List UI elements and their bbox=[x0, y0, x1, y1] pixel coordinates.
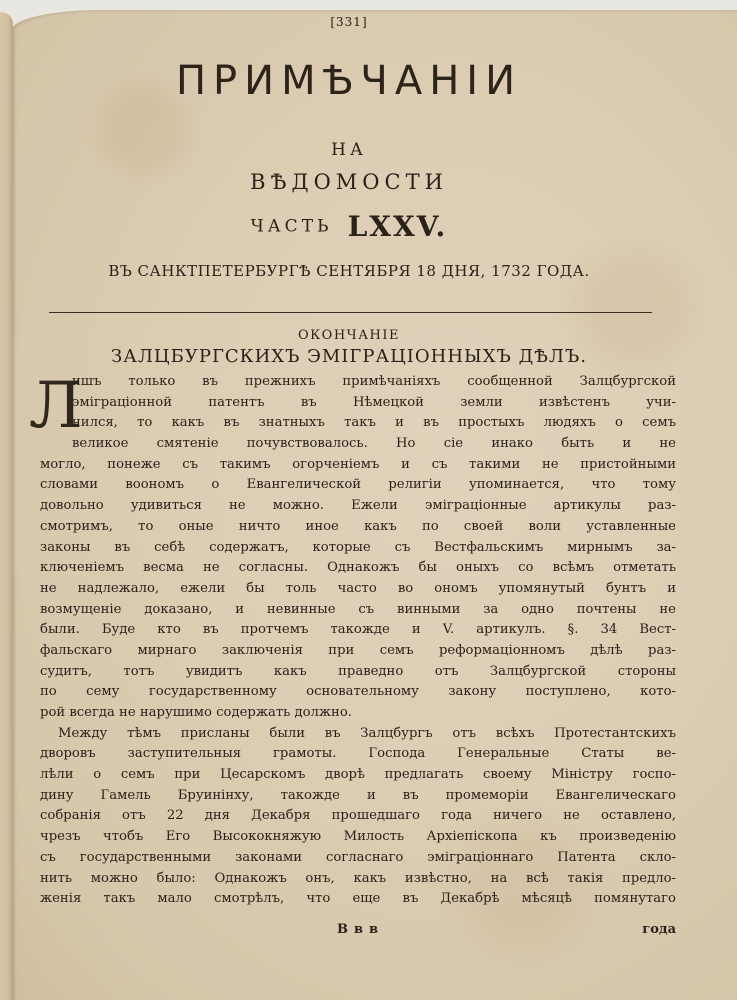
text-line: нился, то какъ въ знатныхъ такъ и въ про… bbox=[72, 413, 676, 434]
text-line: по сему государственному основательному … bbox=[40, 682, 676, 703]
text-line: возмущеніе доказано, и невинные съ винны… bbox=[40, 600, 676, 621]
text-line: дворовъ заступительныя грамоты. Господа … bbox=[40, 744, 676, 765]
signature-mark: Ввв bbox=[337, 922, 384, 937]
photo-scene: [331] ПРИМѢЧАНІИ НА ВѢДОМОСТИ ЧАСТЬ LXXV… bbox=[0, 0, 737, 1000]
dateline: ВЪ САНКТПЕТЕРБУРГѢ СЕНТЯБРЯ 18 ДНЯ, 1732… bbox=[12, 262, 686, 280]
section-heading: ОКОНЧАНІЕ bbox=[12, 328, 686, 343]
text-line: судитъ, тотъ увидитъ какъ праведно отъ З… bbox=[40, 662, 676, 683]
text-line: довольно удивиться не можно. Ежели эмігр… bbox=[40, 496, 676, 517]
text-line: фальскаго мирнаго заключенія при семъ ре… bbox=[40, 641, 676, 662]
part-heading: ЧАСТЬ LXXV. bbox=[12, 210, 686, 243]
part-number: LXXV. bbox=[348, 210, 448, 243]
page-title: ПРИМѢЧАНІИ bbox=[12, 58, 686, 104]
text-line: чрезъ чтобъ Его Высококняжую Милость Арх… bbox=[40, 827, 676, 848]
text-line: эміграціонной патентъ въ Нѣмецкой земли … bbox=[72, 393, 676, 414]
catchword: года bbox=[642, 922, 676, 937]
text-line: женія такъ мало смотрѣлъ, что еще въ Дек… bbox=[40, 889, 676, 910]
text-line: словами воономъ о Евангелической религіи… bbox=[40, 475, 676, 496]
section-subheading: ЗАЛЦБУРГСКИХЪ ЭМІГРАЦІОННЫХЪ ДѢЛЪ. bbox=[12, 346, 686, 367]
title-vedomosti: ВѢДОМОСТИ bbox=[12, 170, 686, 194]
text-line: Между тѣмъ присланы были въ Залцбургъ от… bbox=[58, 724, 676, 745]
page-number: [331] bbox=[12, 15, 686, 29]
text-line: дину Гамель Бруинінху, такожде и въ пром… bbox=[40, 786, 676, 807]
document-page: [331] ПРИМѢЧАНІИ НА ВѢДОМОСТИ ЧАСТЬ LXXV… bbox=[12, 10, 737, 1000]
title-preposition: НА bbox=[12, 140, 686, 160]
text-line: ишъ только въ прежнихъ примѣчаніяхъ сооб… bbox=[72, 372, 676, 393]
page-footer: Ввв года bbox=[12, 922, 686, 942]
text-line: ключеніемъ весма не согласны. Однакожъ б… bbox=[40, 558, 676, 579]
text-line: великое смятеніе почувствовалось. Но сіе… bbox=[72, 434, 676, 455]
text-line: нить можно было: Однакожъ онъ, какъ извѣ… bbox=[40, 869, 676, 890]
text-line: собранія отъ 22 дня Декабря прошедшаго г… bbox=[40, 806, 676, 827]
text-line: могло, понеже съ такимъ огорченіемъ и съ… bbox=[40, 455, 676, 476]
horizontal-rule bbox=[49, 312, 652, 313]
part-label: ЧАСТЬ bbox=[251, 217, 333, 237]
text-line: рой всегда не нарушимо содержать должно. bbox=[40, 703, 676, 724]
text-line: законы въ себѣ содержатъ, которые съ Вес… bbox=[40, 538, 676, 559]
body-text: ишъ только въ прежнихъ примѣчаніяхъ сооб… bbox=[72, 372, 676, 910]
text-line: не надлежало, ежели бы толь часто во оно… bbox=[40, 579, 676, 600]
text-line: были. Буде кто въ протчемъ такожде и V. … bbox=[40, 620, 676, 641]
text-line: лѣли о семъ при Цесарскомъ дворѣ предлаг… bbox=[40, 765, 676, 786]
text-line: смотримъ, то оные ничто иное какъ по сво… bbox=[40, 517, 676, 538]
text-line: съ государственными законами согласнаго … bbox=[40, 848, 676, 869]
